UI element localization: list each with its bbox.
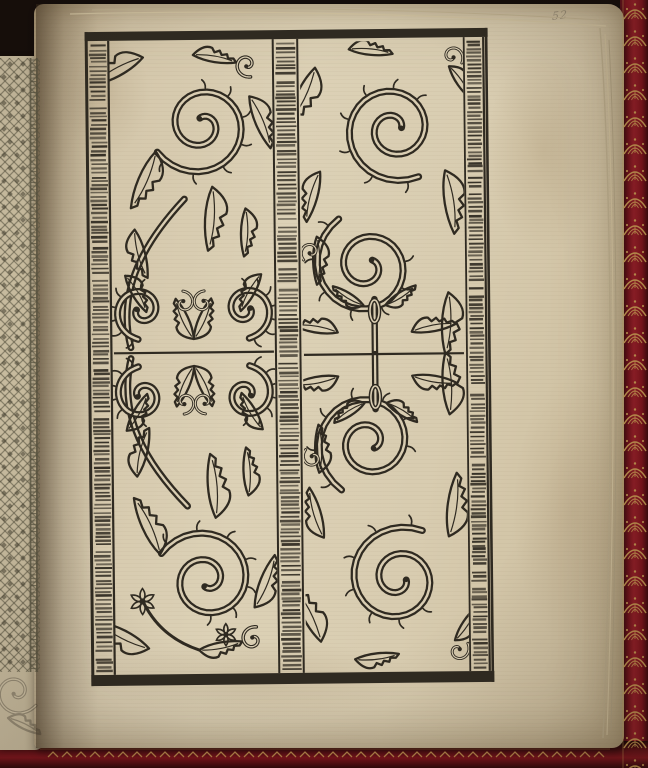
paper-stain: [92, 640, 422, 720]
photographed-book-spread: 52: [0, 0, 648, 768]
paper-stain: [486, 46, 602, 256]
binding-right-edge: [620, 0, 648, 768]
book-page: [34, 4, 624, 748]
pencil-folio-number: 52: [552, 8, 568, 23]
paper-stain: [512, 376, 634, 646]
paper-stain: [60, 30, 150, 160]
